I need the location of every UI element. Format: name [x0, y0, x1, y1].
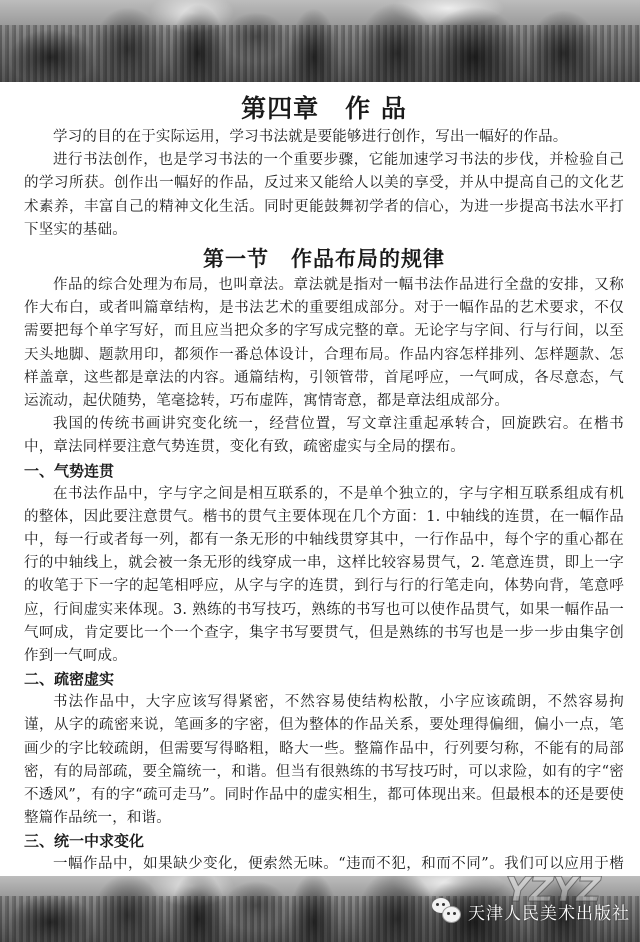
- section-paragraph: 我国的传统书画讲究变化统一，经营位置，写文章注重起承转合，回旋跌宕。在楷书中，章…: [24, 413, 624, 459]
- chapter-paragraph: 进行书法创作，也是学习书法的一个重要步骤，它能加速学习书法的步伐，并检验自己的学…: [24, 149, 624, 242]
- document-body: 第四章 作 品 学习的目的在于实际运用，学习书法就是要能够进行创作，写出一幅好的…: [24, 92, 624, 942]
- painting-texture: [0, 25, 640, 82]
- publisher-name: 天津人民美术出版社: [468, 899, 630, 924]
- subsection-paragraph: 书法作品中，大字应该写得紧密，不然容易使结构松散，小字应该疏朗，不然容易拘谨，从…: [24, 691, 624, 830]
- section-title: 第一节 作品布局的规律: [24, 244, 624, 274]
- section-paragraph: 作品的综合处理为布局，也叫章法。章法就是指对一幅书法作品进行全盘的安排，又称作大…: [24, 274, 624, 413]
- chapter-title: 第四章 作 品: [24, 92, 624, 126]
- header-landscape-painting: [0, 0, 640, 82]
- footer-landscape-painting: YZYZ 天津人民美术出版社: [0, 876, 640, 942]
- wechat-icon: [432, 898, 462, 924]
- subsection-heading: 三、统一中求变化: [24, 830, 624, 853]
- subsection-heading: 一、气势连贯: [24, 460, 624, 483]
- chapter-paragraph: 学习的目的在于实际运用，学习书法就是要能够进行创作，写出一幅好的作品。: [24, 126, 624, 149]
- subsection-paragraph: 在书法作品中，字与字之间是相互联系的，不是单个独立的，字与字相互联系组成有机的整…: [24, 483, 624, 669]
- subsection-heading: 二、疏密虚实: [24, 668, 624, 691]
- publisher-watermark: 天津人民美术出版社: [432, 898, 630, 924]
